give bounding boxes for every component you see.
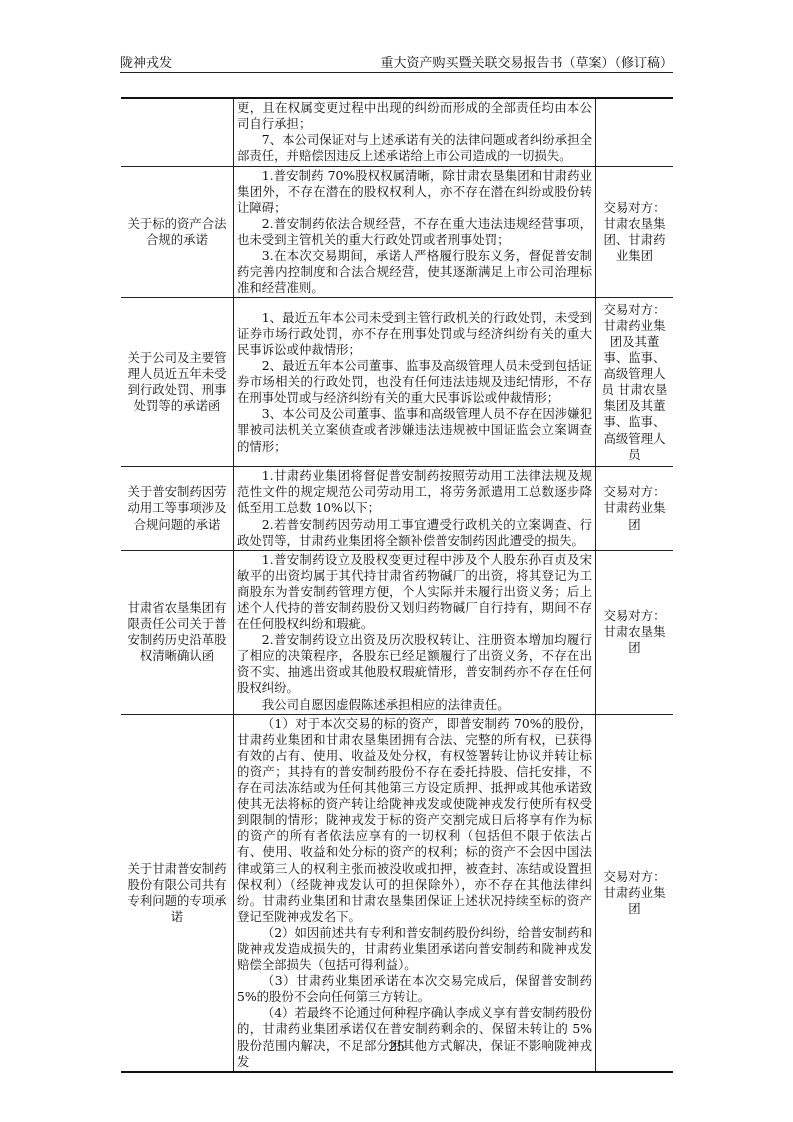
table-row: 甘肃省农垦集团有限责任公司关于普安制药历史沿革股权清晰确认函1.普安制药设立及股… [121, 550, 673, 714]
commitment-paragraph: （4）若最终不论通过何种程序确认李成义享有普安制药股份的，甘肃药业集团承诺仅在普… [237, 1005, 592, 1069]
table-row: 更，且在权属变更过程中出现的纠纷而形成的全部责任均由本公司自行承担；7、本公司保… [121, 98, 673, 166]
commitment-paragraph: （2）如因前述共有专利和普安制药股份纠纷，给普安制药和陇神戎发造成损失的，甘肃药… [237, 925, 592, 973]
commitment-paragraph: 1.普安制药设立及股权变更过程中涉及个人股东孙百贞及宋敏平的出资均属于其代持甘肃… [237, 552, 592, 632]
commitment-title [121, 98, 234, 166]
table-row: 关于公司及主要管理人员近五年未受到行政处罚、刑事处罚等的承诺函1、最近五年本公司… [121, 298, 673, 467]
commitment-title: 甘肃省农垦集团有限责任公司关于普安制药历史沿革股权清晰确认函 [121, 550, 234, 714]
commitment-title: 关于标的资产合法合规的承诺 [121, 166, 234, 298]
commitment-paragraph: 2.普安制药依法合规经营，不存在重大违法违规经营事项，也未受到主管机关的重大行政… [237, 216, 592, 248]
commitment-paragraph: 2.普安制药设立出资及历次股权转让、注册资本增加均履行了相应的决策程序，各股东已… [237, 632, 592, 696]
table-row: 关于标的资产合法合规的承诺1.普安制药 70%股权权属清晰，除甘肃农垦集团和甘肃… [121, 166, 673, 298]
commitment-paragraph: 7、本公司保证对与上述承诺有关的法律问题或者纠纷承担全部责任，并赔偿因违反上述承… [237, 132, 592, 164]
commitment-content: （1）对于本次交易的标的资产，即普安制药 70%的股份，甘肃药业集团和甘肃农垦集… [234, 714, 596, 1072]
commitment-paragraph: 2.若普安制药因劳动用工事宜遭受行政机关的立案调查、行政处罚等，甘肃药业集团将全… [237, 517, 592, 549]
header-company-name: 陇神戎发 [120, 52, 172, 71]
commitment-content: 更，且在权属变更过程中出现的纠纷而形成的全部责任均由本公司自行承担；7、本公司保… [234, 98, 596, 166]
commitment-paragraph: 1.普安制药 70%股权权属清晰，除甘肃农垦集团和甘肃药业集团外，不存在潜在的股… [237, 168, 592, 216]
table-row: 关于甘肃普安制药股份有限公司共有专利问题的专项承诺（1）对于本次交易的标的资产，… [121, 714, 673, 1072]
commitment-content: 1.甘肃药业集团将督促普安制药按照劳动用工法律法规及规范性文件的规定规范公司劳动… [234, 467, 596, 550]
commitment-paragraph: 2、最近五年本公司董事、监事及高级管理人员未受到包括证券市场相关的行政处罚，也没… [237, 358, 592, 406]
commitment-content: 1.普安制药设立及股权变更过程中涉及个人股东孙百贞及宋敏平的出资均属于其代持甘肃… [234, 550, 596, 714]
committing-party [596, 98, 674, 166]
header-document-title: 重大资产购买暨关联交易报告书（草案）（修订稿） [380, 52, 673, 71]
committing-party: 交易对方：甘肃药业集团 [596, 467, 674, 550]
committing-party: 交易对方：甘肃农垦集团、甘肃药业集团 [596, 166, 674, 298]
commitment-content: 1.普安制药 70%股权权属清晰，除甘肃农垦集团和甘肃药业集团外，不存在潜在的股… [234, 166, 596, 298]
table-row: 关于普安制药因劳动用工等事项涉及合规问题的承诺1.甘肃药业集团将督促普安制药按照… [121, 467, 673, 550]
commitment-paragraph: 更，且在权属变更过程中出现的纠纷而形成的全部责任均由本公司自行承担； [237, 100, 592, 132]
committing-party: 交易对方：甘肃药业集团及其董事、监事、高级管理人员 甘肃农垦集团及其董事、监事、… [596, 298, 674, 467]
commitment-paragraph: 3.在本次交易期间，承诺人严格履行股东义务，督促普安制药完善内控制度和合法合规经… [237, 248, 592, 296]
commitments-table: 更，且在权属变更过程中出现的纠纷而形成的全部责任均由本公司自行承担；7、本公司保… [121, 97, 673, 1073]
committing-party: 交易对方：甘肃药业集团 [596, 714, 674, 1072]
commitment-content: 1、最近五年本公司未受到主管行政机关的行政处罚，未受到证券市场行政处罚，亦不存在… [234, 298, 596, 467]
page-header: 陇神戎发 重大资产购买暨关联交易报告书（草案）（修订稿） [120, 52, 673, 73]
commitment-paragraph: （1）对于本次交易的标的资产，即普安制药 70%的股份，甘肃药业集团和甘肃农垦集… [237, 716, 592, 925]
commitment-paragraph: 我公司自愿因虚假陈述承担相应的法律责任。 [237, 697, 592, 713]
commitment-title: 关于普安制药因劳动用工等事项涉及合规问题的承诺 [121, 467, 234, 550]
commitment-paragraph: 1、最近五年本公司未受到主管行政机关的行政处罚，未受到证券市场行政处罚，亦不存在… [237, 310, 592, 358]
committing-party: 交易对方：甘肃农垦集团 [596, 550, 674, 714]
commitment-paragraph: （3）甘肃药业集团承诺在本次交易完成后，保留普安制药5%的股份不会向任何第三方转… [237, 973, 592, 1005]
commitment-title: 关于甘肃普安制药股份有限公司共有专利问题的专项承诺 [121, 714, 234, 1072]
page-number: 25 [0, 1040, 793, 1055]
commitment-title: 关于公司及主要管理人员近五年未受到行政处罚、刑事处罚等的承诺函 [121, 298, 234, 467]
commitment-paragraph: 3、本公司及公司董事、监事和高级管理人员不存在因涉嫌犯罪被司法机关立案侦查或者涉… [237, 406, 592, 454]
commitment-paragraph: 1.甘肃药业集团将督促普安制药按照劳动用工法律法规及规范性文件的规定规范公司劳动… [237, 468, 592, 516]
